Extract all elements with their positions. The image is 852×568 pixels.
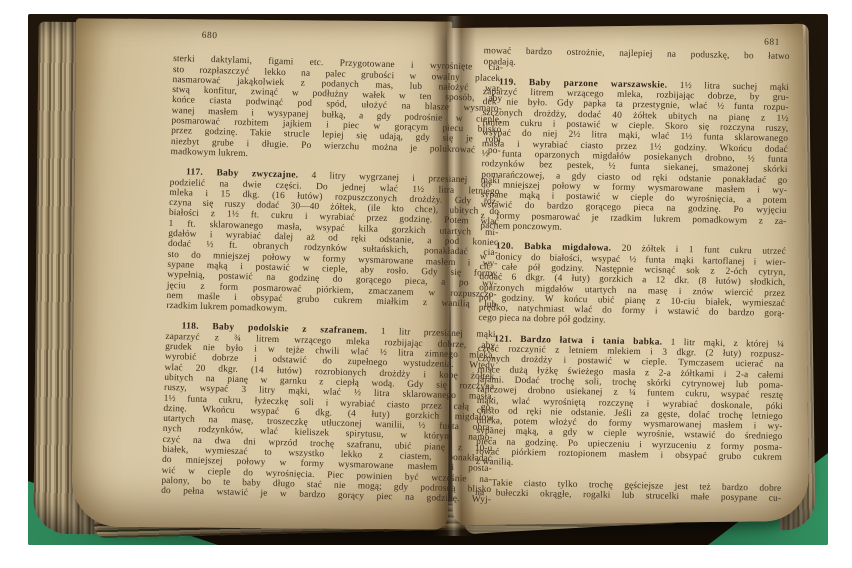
left-page-text: 680 sterki daktylami, figami etc. Przygo… <box>161 30 504 506</box>
right-page-text: 681 mować bardzo ostrożnie, najlepiej na… <box>475 32 790 504</box>
recipe-paragraph: 119. Baby parzone warszawskie. 1½ litra … <box>480 77 789 237</box>
recipe-paragraph: sterki daktylami, figami etc. Przygotowa… <box>170 54 503 166</box>
recipe-paragraph: 118. Baby podolskie z szafranem. 1 litr … <box>161 321 496 505</box>
recipe-paragraph: 117. Baby zwyczajne. 4 litry wygrzanej i… <box>166 167 500 320</box>
recipe-paragraph: 120. Babka migdałowa. 20 żółtek i 1 funt… <box>478 241 786 329</box>
recipe-paragraph: mować bardzo ostrożnie, najlepiej na pod… <box>483 46 789 72</box>
book-photo: 680 sterki daktylami, figami etc. Przygo… <box>28 14 828 545</box>
book-scan-photo-canvas: { "colors":{ "page_paper":"#dccaa7", "in… <box>0 0 852 568</box>
left-page-body: sterki daktylami, figami etc. Przygotowa… <box>161 54 503 505</box>
recipe-paragraph: 121. Bardzo łatwa i tania babka. 1 litr … <box>476 334 785 474</box>
right-page-body: mować bardzo ostrożnie, najlepiej na pod… <box>475 46 790 504</box>
